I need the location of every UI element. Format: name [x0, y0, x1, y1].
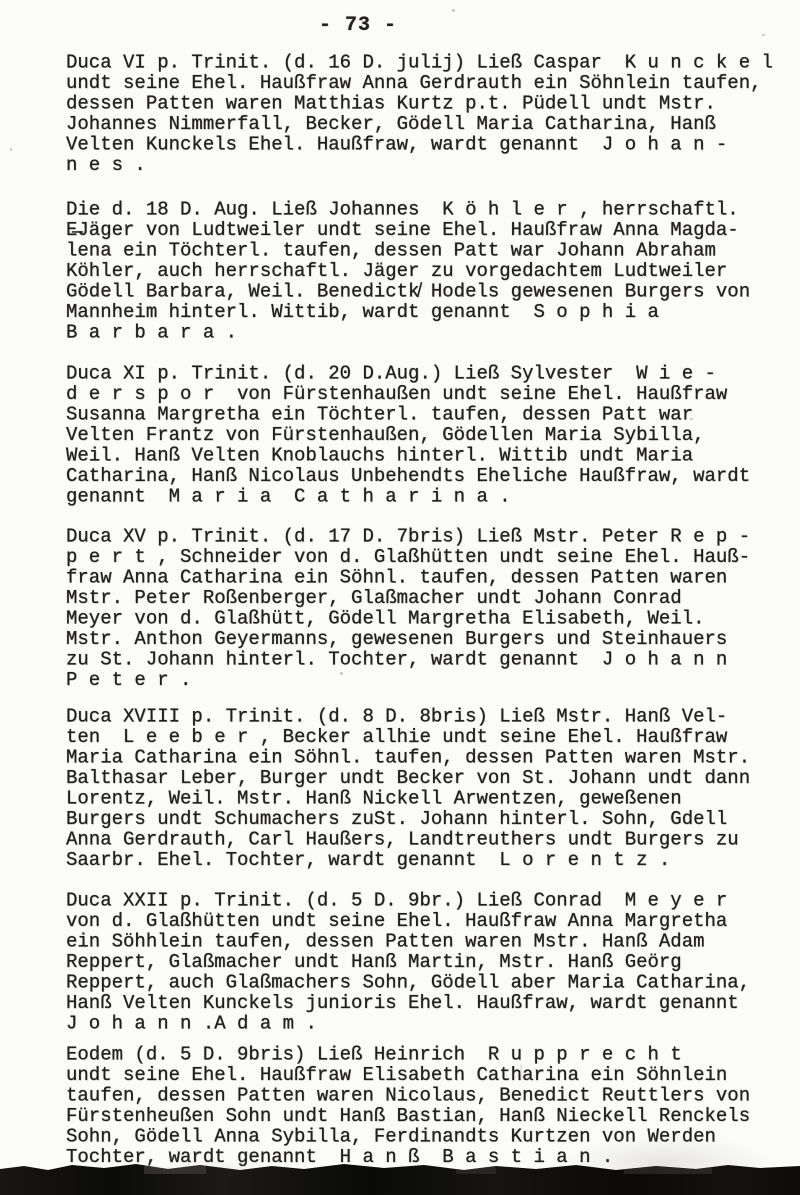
entry-line: Duca XXII p. Trinit. (d. 5 D. 9br.) Ließ…	[66, 890, 750, 911]
entry-line: Weil. Hanß Velten Knoblauchs hinterl. Wi…	[66, 445, 750, 466]
baptism-entry-4: Duca XV p. Trinit. (d. 17 D. 7bris) Ließ…	[66, 526, 750, 690]
entry-line: Maria Catharina ein Söhnl. taufen, desse…	[66, 747, 750, 768]
entry-line: Duca XI p. Trinit. (d. 20 D.Aug.) Ließ S…	[66, 363, 750, 384]
entry-line: d e r s p o r von Fürstenhaußen undt sei…	[66, 384, 750, 405]
entry-line: ten L e e b e r , Becker allhie undt sei…	[66, 727, 750, 748]
baptism-entry-3: Duca XI p. Trinit. (d. 20 D.Aug.) Ließ S…	[66, 363, 750, 507]
entry-line: Velten Kunckels Ehel. Haußfraw, wardt ge…	[66, 134, 773, 155]
scan-speckle	[762, 34, 765, 36]
entry-line: J o h a n n .A d a m .	[66, 1013, 750, 1034]
entry-line: ein Söhhlein taufen, dessen Patten waren…	[66, 931, 750, 952]
entry-line: Fürstenheußen Sohn undt Hanß Bastian, Ha…	[66, 1106, 750, 1127]
entry-line: undt seine Ehel. Haußfraw Elisabeth Cath…	[66, 1065, 750, 1086]
entry-line: E̶Jäger von Ludtweiler undt seine Ehel. …	[66, 220, 750, 241]
entry-line: Duca XV p. Trinit. (d. 17 D. 7bris) Ließ…	[66, 526, 750, 547]
scan-speckle	[520, 1064, 522, 1078]
entry-line: Die d. 18 D. Aug. Ließ Johannes K ö h l …	[66, 199, 750, 220]
entry-line: Susanna Margretha ein Töchterl. taufen, …	[66, 404, 750, 425]
entry-line: Burgers undt Schumachers zuSt. Johann hi…	[66, 809, 750, 830]
entry-line: dessen Patten waren Matthias Kurtz p.t. …	[66, 93, 773, 114]
entry-line: Mannheim hinterl. Wittib, wardt genannt …	[66, 302, 750, 323]
entry-line: Reppert, Glaßmacher undt Hanß Martin, Ms…	[66, 952, 750, 973]
entry-line: Duca XVIII p. Trinit. (d. 8 D. 8bris) Li…	[66, 706, 750, 727]
scan-speckle	[340, 672, 343, 675]
entry-line: Saarbr. Ehel. Tochter, wardt genannt L o…	[66, 850, 750, 871]
entry-line: zu St. Johann hinterl. Tochter, wardt ge…	[66, 649, 750, 670]
entry-line: Balthasar Leber, Burger undt Becker von …	[66, 768, 750, 789]
scan-speckle	[10, 148, 12, 151]
baptism-entry-2: Die d. 18 D. Aug. Ließ Johannes K ö h l …	[66, 199, 750, 343]
baptism-entry-6: Duca XXII p. Trinit. (d. 5 D. 9br.) Ließ…	[66, 890, 750, 1034]
entry-line: Lorentz, Weil. Mstr. Hanß Nickell Arwent…	[66, 788, 750, 809]
entry-line: Johannes Nimmerfall, Becker, Gödell Mari…	[66, 114, 773, 135]
entry-line: taufen, dessen Patten waren Nicolaus, Be…	[66, 1085, 750, 1106]
entry-line: Catharina, Hanß Nicolaus Unbehendts Ehel…	[66, 466, 750, 487]
entry-line: P e t e r .	[66, 670, 750, 691]
entry-line: B a r b a r a .	[66, 322, 750, 343]
entry-line: Duca VI p. Trinit. (d. 16 D. julij) Ließ…	[66, 52, 773, 73]
entry-line: Reppert, auch Glaßmachers Sohn, Gödell a…	[66, 972, 750, 993]
entry-line: genannt M a r i a C a t h a r i n a .	[66, 486, 750, 507]
entry-line: n e s .	[66, 155, 773, 176]
scanned-page: - 73 - Duca VI p. Trinit. (d. 16 D. juli…	[0, 0, 800, 1195]
entry-line: Hanß Velten Kunckels junioris Ehel. Hauß…	[66, 993, 750, 1014]
entry-line: p e r t , Schneider von d. Glaßhütten un…	[66, 547, 750, 568]
scan-speckle	[690, 418, 693, 420]
baptism-entry-1: Duca VI p. Trinit. (d. 16 D. julij) Ließ…	[66, 52, 773, 175]
entry-line: Velten Frantz von Fürstenhaußen, Gödelle…	[66, 425, 750, 446]
entry-line: Mstr. Peter Roßenberger, Glaßmacher undt…	[66, 588, 750, 609]
scan-edge-notch	[456, 1167, 496, 1174]
entry-line: lena ein Töchterl. taufen, dessen Patt w…	[66, 240, 750, 261]
baptism-entry-5: Duca XVIII p. Trinit. (d. 8 D. 8bris) Li…	[66, 706, 750, 870]
entry-line: Anna Gerdrauth, Carl Haußers, Landtreuth…	[66, 829, 750, 850]
entry-line: von d. Glaßhütten undt seine Ehel. Haußf…	[66, 911, 750, 932]
entry-line: Mstr. Anthon Geyermanns, gewesenen Burge…	[66, 629, 750, 650]
entry-line: undt seine Ehel. Haußfraw Anna Gerdrauth…	[66, 73, 773, 94]
entry-line: Eodem (d. 5 D. 9bris) Ließ Heinrich R u …	[66, 1044, 750, 1065]
entry-line: Köhler, auch herrschaftl. Jäger zu vorge…	[66, 261, 750, 282]
scan-speckle	[452, 9, 455, 12]
page-number: - 73 -	[0, 14, 716, 37]
entry-line: Gödell Barbara, Weil. Benedictk̸ Hodels …	[66, 281, 750, 302]
entry-line: fraw Anna Catharina ein Söhnl. taufen, d…	[66, 567, 750, 588]
entry-line: Meyer von d. Glaßhütt, Gödell Margretha …	[66, 608, 750, 629]
